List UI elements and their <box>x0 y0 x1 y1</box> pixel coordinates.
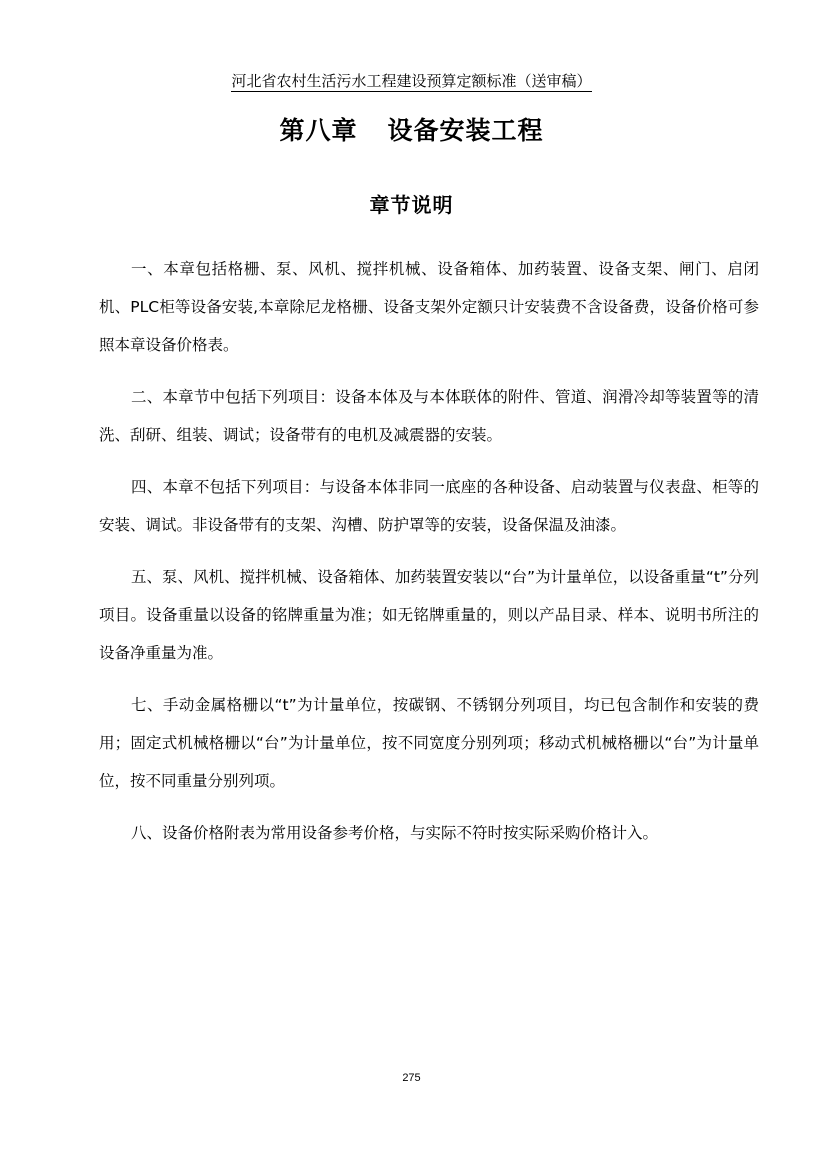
section-title: 章节说明 <box>0 190 823 220</box>
paragraph-5: 五、泵、风机、搅拌机械、设备箱体、加药装置安装以“台”为计量单位，以设备重量“t… <box>99 558 759 672</box>
chapter-number: 第八章 <box>279 116 357 145</box>
chapter-notes-body: 一、本章包括格栅、泵、风机、搅拌机械、设备箱体、加药装置、设备支架、闸门、启闭机… <box>99 250 759 866</box>
chapter-title: 第八章设备安装工程 <box>0 113 823 149</box>
running-title: 河北省农村生活污水工程建设预算定额标准（送审稿） <box>231 72 591 92</box>
paragraph-4: 四、本章不包括下列项目：与设备本体非同一底座的各种设备、启动装置与仪表盘、柜等的… <box>99 468 759 544</box>
paragraph-7: 七、手动金属格栅以“t”为计量单位，按碳钢、不锈钢分列项目，均已包含制作和安装的… <box>99 686 759 800</box>
paragraph-8: 八、设备价格附表为常用设备参考价格，与实际不符时按实际采购价格计入。 <box>99 814 759 852</box>
running-header: 河北省农村生活污水工程建设预算定额标准（送审稿） <box>0 71 823 91</box>
paragraph-2: 二、本章节中包括下列项目：设备本体及与本体联体的附件、管道、润滑冷却等装置等的清… <box>99 378 759 454</box>
chapter-name: 设备安装工程 <box>388 116 544 145</box>
page-number: 275 <box>0 1071 823 1085</box>
paragraph-1: 一、本章包括格栅、泵、风机、搅拌机械、设备箱体、加药装置、设备支架、闸门、启闭机… <box>99 250 759 364</box>
